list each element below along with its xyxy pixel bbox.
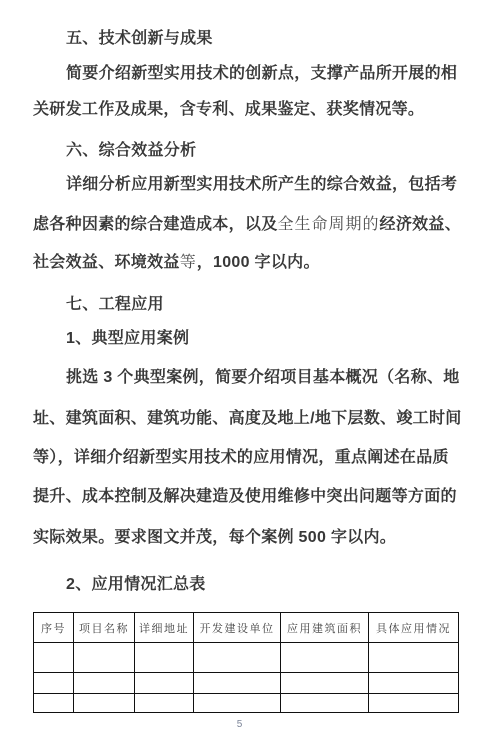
document-page: 五、技术创新与成果 简要介绍新型实用技术的创新点，支撑产品所开展的相 关研发工作… <box>0 0 479 742</box>
paragraph-text: ，1000 字以内。 <box>197 254 320 271</box>
table-header-cell: 开发建设单位 <box>194 613 281 643</box>
paragraph-text-serif: 等 <box>180 254 197 271</box>
table-empty-cell <box>281 643 369 673</box>
section-7-paragraph-line: 址、建筑面积、建筑功能、高度及地上/地下层数、竣工时间 <box>33 410 462 427</box>
table-empty-cell <box>369 643 459 673</box>
section-7-paragraph-line: 提升、成本控制及解决建造及使用维修中突出问题等方面的 <box>33 488 457 505</box>
paragraph-text: 虑各种因素的综合建造成本，以及 <box>33 216 278 233</box>
table-empty-cell <box>369 673 459 694</box>
paragraph-text: 社会效益、环境效益 <box>33 254 180 271</box>
table-header-cell: 应用建筑面积 <box>281 613 369 643</box>
section-7-subheading-2: 2、应用情况汇总表 <box>66 576 206 593</box>
section-6-paragraph-line: 社会效益、环境效益等，1000 字以内。 <box>33 254 320 271</box>
table-empty-cell <box>34 643 74 673</box>
table-header-cell: 详细地址 <box>135 613 194 643</box>
table-row <box>34 643 459 673</box>
table-empty-cell <box>74 694 135 713</box>
application-summary-table: 序号 项目名称 详细地址 开发建设单位 应用建筑面积 具体应用情况 <box>33 612 459 713</box>
section-5-heading: 五、技术创新与成果 <box>66 30 213 47</box>
table-empty-cell <box>281 694 369 713</box>
table-empty-cell <box>194 673 281 694</box>
table-empty-cell <box>135 643 194 673</box>
section-5-paragraph-line: 简要介绍新型实用技术的创新点，支撑产品所开展的相 <box>66 65 457 82</box>
page-number: 5 <box>0 719 479 731</box>
section-6-paragraph-line: 详细分析应用新型实用技术所产生的综合效益，包括考 <box>66 176 457 193</box>
table-empty-cell <box>34 694 74 713</box>
table-empty-cell <box>135 673 194 694</box>
section-7-paragraph-line: 挑选 3 个典型案例，简要介绍项目基本概况（名称、地 <box>66 369 460 386</box>
section-6-heading: 六、综合效益分析 <box>66 142 196 159</box>
table-empty-cell <box>194 643 281 673</box>
table-empty-cell <box>281 673 369 694</box>
table-header-cell: 具体应用情况 <box>369 613 459 643</box>
table-header-row: 序号 项目名称 详细地址 开发建设单位 应用建筑面积 具体应用情况 <box>34 613 459 643</box>
table-empty-cell <box>74 673 135 694</box>
paragraph-text: 经济效益、 <box>380 216 462 233</box>
table-empty-cell <box>74 643 135 673</box>
table-empty-cell <box>369 694 459 713</box>
table-empty-cell <box>194 694 281 713</box>
section-7-paragraph-line: 实际效果。要求图文并茂，每个案例 500 字以内。 <box>33 529 396 546</box>
table-empty-cell <box>135 694 194 713</box>
table-empty-cell <box>34 673 74 694</box>
section-5-paragraph-line: 关研发工作及成果，含专利、成果鉴定、获奖情况等。 <box>33 101 424 118</box>
table-header-cell: 序号 <box>34 613 74 643</box>
section-7-paragraph-line: 等），详细介绍新型实用技术的应用情况，重点阐述在品质 <box>33 449 449 466</box>
paragraph-text-serif: 全生命周期的 <box>278 216 380 233</box>
section-7-subheading-1: 1、典型应用案例 <box>66 330 189 347</box>
table-header-cell: 项目名称 <box>74 613 135 643</box>
table-row <box>34 673 459 694</box>
section-6-paragraph-line: 虑各种因素的综合建造成本，以及全生命周期的经济效益、 <box>33 216 461 233</box>
table-row <box>34 694 459 713</box>
section-7-heading: 七、工程应用 <box>66 296 164 313</box>
